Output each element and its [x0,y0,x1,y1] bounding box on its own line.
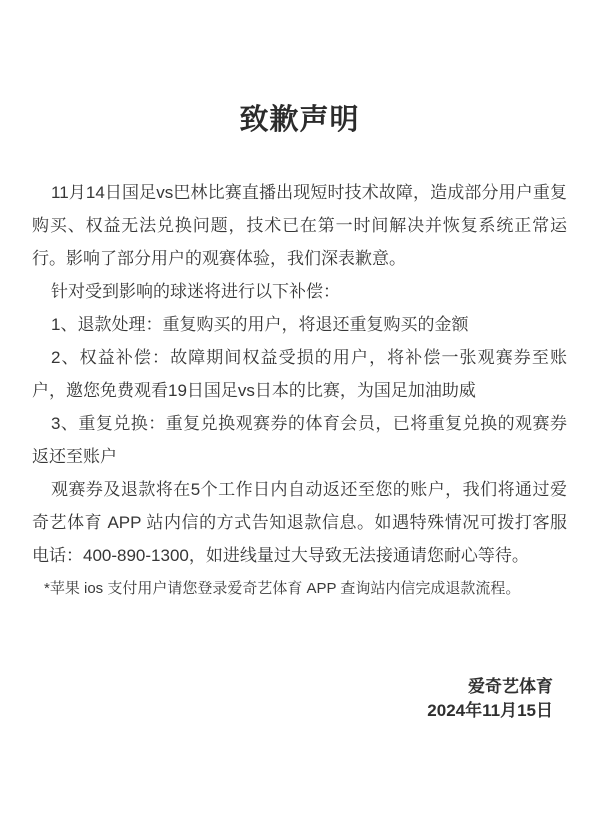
list-item-refund-handling: 1、退款处理：重复购买的用户，将退还重复购买的金额 [32,308,567,341]
signature-company: 爱奇艺体育 [32,675,553,699]
signature-date: 2024年11月15日 [32,699,553,723]
document-title: 致歉声明 [32,0,567,138]
list-item-duplicate-redemption: 3、重复兑换：重复兑换观赛券的体育会员，已将重复兑换的观赛券返还至账户 [32,407,567,473]
list-item-benefit-compensation: 2、权益补偿：故障期间权益受损的用户，将补偿一张观赛券至账户，邀您免费观看19日… [32,341,567,407]
paragraph-refund-timeline: 观赛券及退款将在5个工作日内自动返还至您的账户，我们将通过爱奇艺体育 APP 站… [32,473,567,572]
apology-statement-document: 致歉声明 11月14日国足vs巴林比赛直播出现短时技术故障，造成部分用户重复购买… [0,0,600,829]
signature-block: 爱奇艺体育 2024年11月15日 [32,675,567,723]
paragraph-compensation-intro: 针对受到影响的球迷将进行以下补偿： [32,275,567,308]
paragraph-incident-description: 11月14日国足vs巴林比赛直播出现短时技术故障，造成部分用户重复购买、权益无法… [32,176,567,275]
ios-payment-footnote: *苹果 ios 支付用户请您登录爱奇艺体育 APP 查询站内信完成退款流程。 [32,572,567,605]
